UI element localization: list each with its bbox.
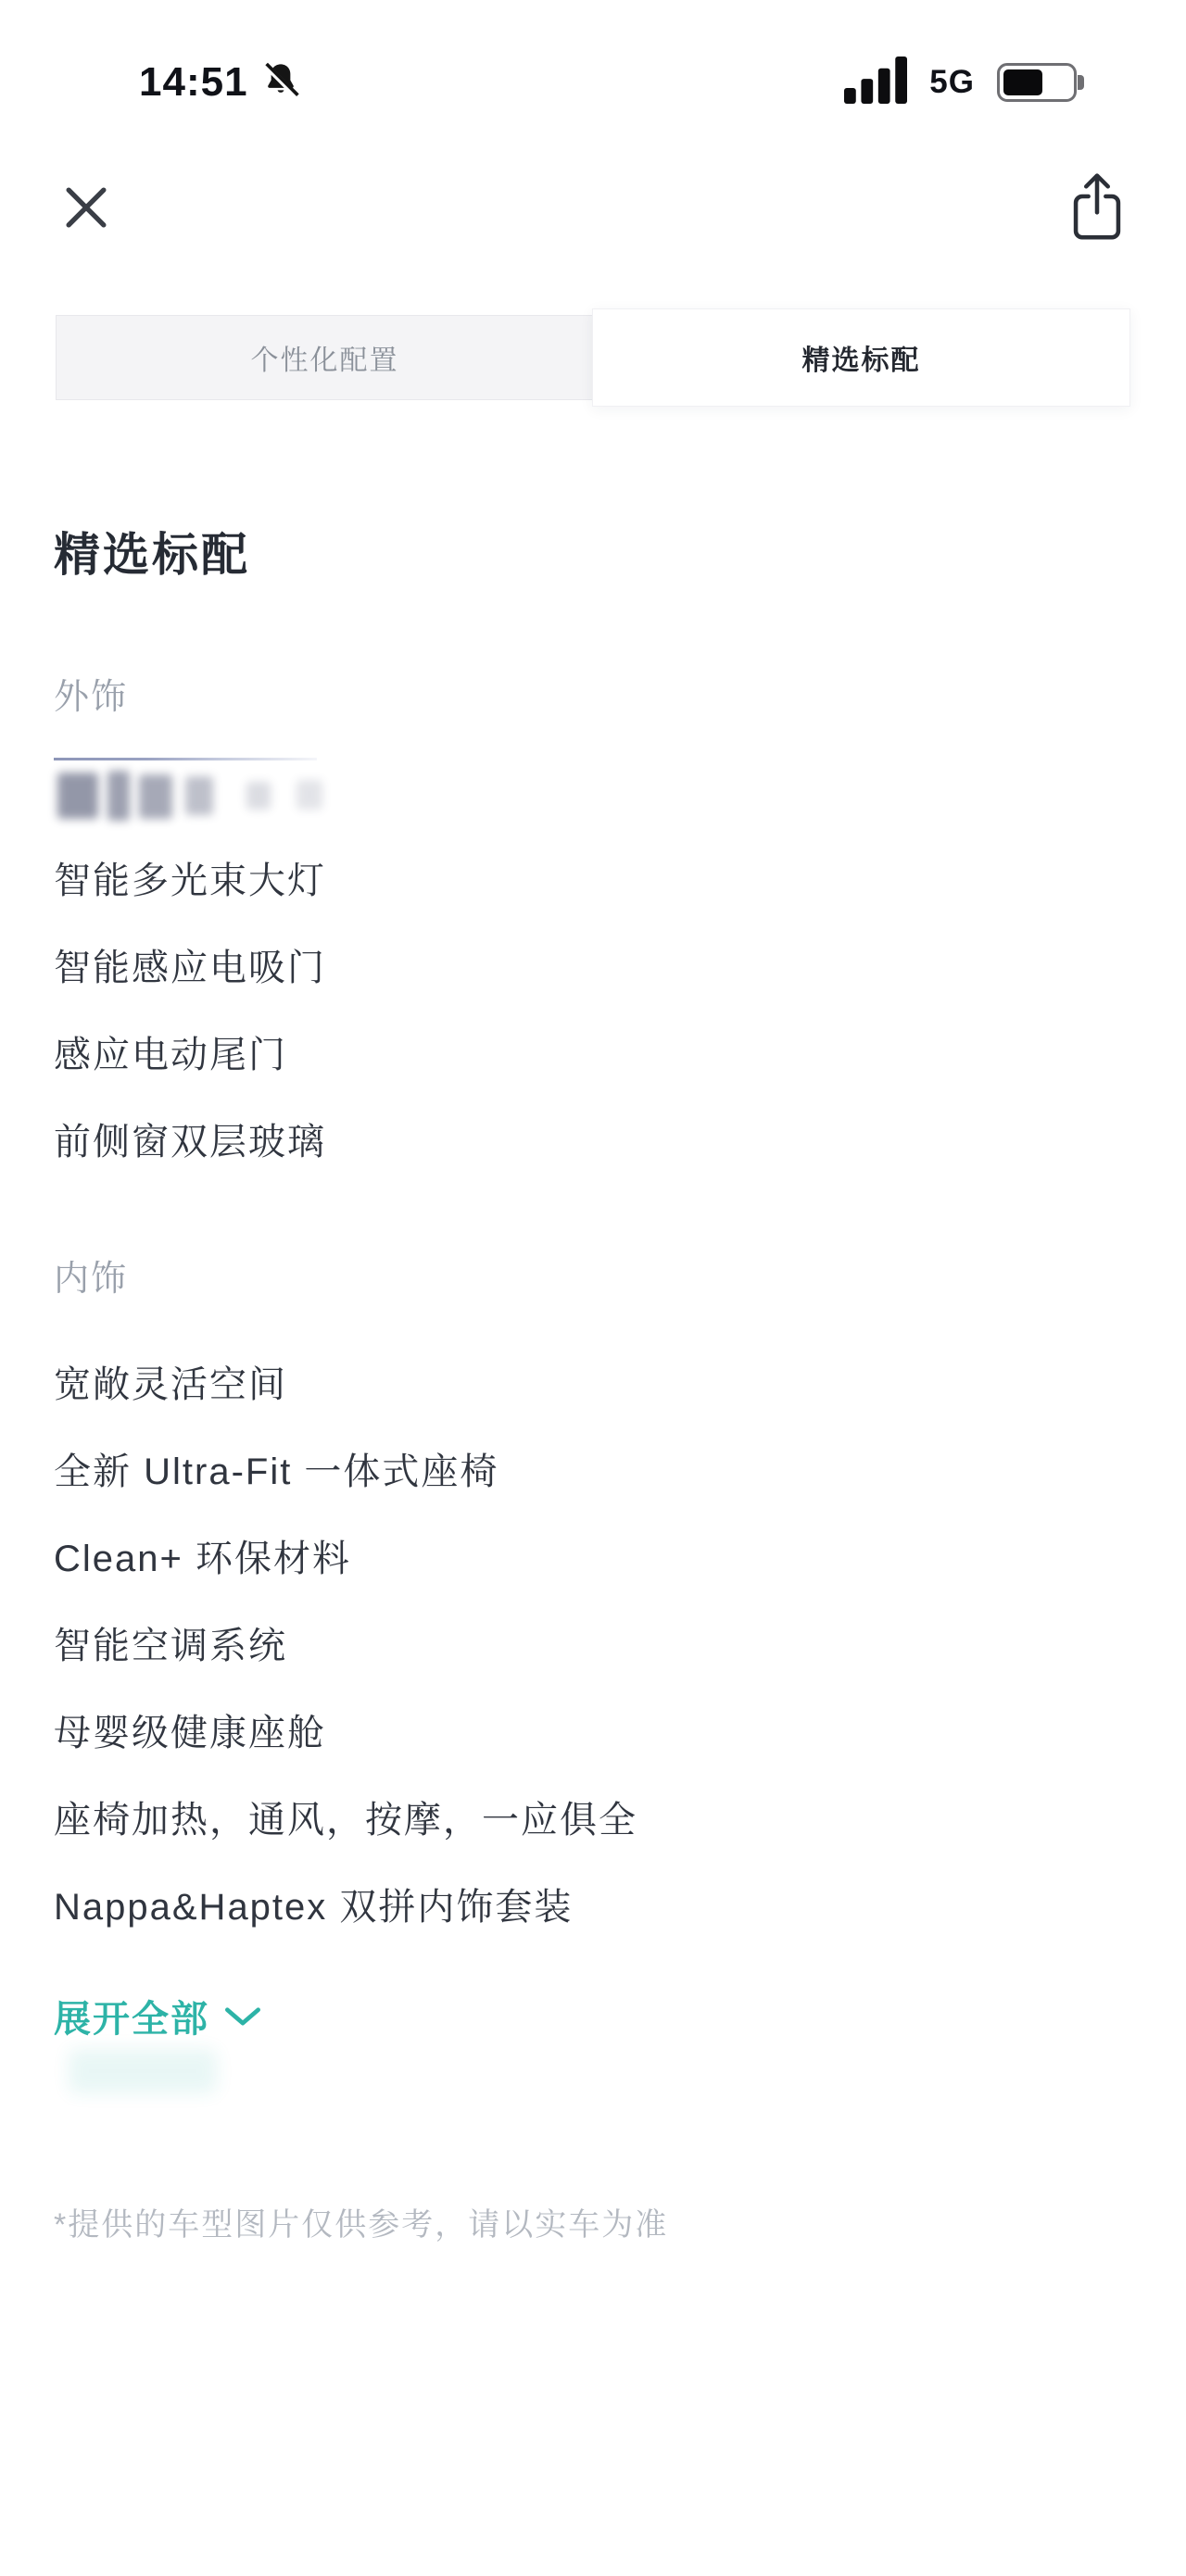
- feature-item: Clean+ 环保材料: [54, 1515, 1132, 1602]
- faded-text-artifact: [107, 771, 130, 821]
- section-label: 内饰: [54, 1258, 1132, 1301]
- feature-item: 宽敞灵活空间: [54, 1341, 1132, 1428]
- expand-all-link[interactable]: 展开全部: [54, 1997, 209, 2042]
- feature-item: 母婴级健康座舱: [54, 1690, 1132, 1777]
- feature-section: 外饰 智能多光束大灯智能感应电吸门感应电动尾门前侧窗双层玻璃: [54, 676, 1132, 1186]
- faded-text-artifact: [57, 773, 98, 819]
- status-bar: 14:51 5G: [0, 0, 1186, 148]
- expand-all-row: 展开全部: [54, 1997, 1132, 2042]
- feature-section: 内饰 宽敞灵活空间全新 Ultra-Fit 一体式座椅Clean+ 环保材料智能…: [54, 1258, 1132, 1951]
- feature-item: 智能感应电吸门: [54, 924, 1132, 1012]
- cellular-signal-icon: [844, 57, 907, 108]
- faded-text-artifact: [139, 774, 172, 819]
- chevron-down-icon[interactable]: [224, 2006, 261, 2032]
- share-icon: [1067, 171, 1127, 246]
- close-icon: [59, 181, 113, 237]
- expand-ghost-artifact: [69, 2049, 217, 2093]
- top-nav: [0, 148, 1186, 269]
- battery-cap: [1078, 75, 1084, 90]
- feature-item: 智能多光束大灯: [54, 837, 1132, 924]
- page-title: 精选标配: [54, 526, 1132, 584]
- feature-item: 感应电动尾门: [54, 1012, 1132, 1099]
- disclaimer-text: *提供的车型图片仅供参考，请以实车为准: [54, 2205, 1132, 2245]
- feature-list: 智能多光束大灯智能感应电吸门感应电动尾门前侧窗双层玻璃: [54, 837, 1132, 1186]
- section-label: 外饰: [54, 676, 1132, 719]
- battery-icon: [997, 63, 1077, 102]
- share-button[interactable]: [1067, 171, 1127, 246]
- feature-item: 全新 Ultra-Fit 一体式座椅: [54, 1428, 1132, 1515]
- tab-personalized-config[interactable]: 个性化配置: [57, 316, 593, 399]
- status-left-cluster: 14:51: [139, 59, 302, 107]
- status-right-cluster: 5G: [844, 57, 1077, 108]
- faded-list-item: [54, 758, 1132, 797]
- feature-item: 座椅加热，通风，按摩，一应俱全: [54, 1777, 1132, 1864]
- bell-slash-icon: [259, 59, 302, 107]
- faded-text-artifact: [185, 776, 213, 815]
- status-time: 14:51: [139, 59, 248, 106]
- feature-item: 智能空调系统: [54, 1602, 1132, 1690]
- tab-standard-config[interactable]: 精选标配: [592, 308, 1130, 407]
- main-content: 精选标配 外饰 智能多光束大灯智能感应电吸门感应电动尾门前侧窗双层玻璃 内饰 宽…: [0, 526, 1186, 2245]
- config-tab-bar: 个性化配置 精选标配: [56, 315, 1130, 400]
- feature-sections: 外饰 智能多光束大灯智能感应电吸门感应电动尾门前侧窗双层玻璃 内饰 宽敞灵活空间…: [54, 676, 1132, 1951]
- close-button[interactable]: [59, 181, 113, 237]
- network-type-label: 5G: [929, 64, 975, 101]
- feature-item: Nappa&Haptex 双拼内饰套装: [54, 1864, 1132, 1951]
- faded-text-artifact: [296, 780, 322, 810]
- feature-item: 前侧窗双层玻璃: [54, 1099, 1132, 1186]
- battery-fill: [1003, 69, 1042, 95]
- feature-list: 宽敞灵活空间全新 Ultra-Fit 一体式座椅Clean+ 环保材料智能空调系…: [54, 1341, 1132, 1951]
- faded-text-artifact: [246, 782, 271, 810]
